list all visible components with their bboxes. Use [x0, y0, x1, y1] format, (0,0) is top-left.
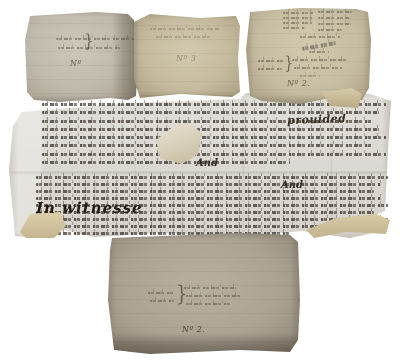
endorsement-line — [292, 59, 348, 61]
endorsement-line — [184, 287, 236, 289]
handwriting-line — [36, 176, 388, 179]
brace-mark: } — [84, 33, 94, 51]
endorsement-line — [186, 303, 230, 305]
folded-packet-top-left: } Nº — [24, 10, 140, 104]
engrossed-word-and-lower: And — [281, 181, 303, 191]
note-scribbles-left — [283, 12, 313, 32]
photo-of-vellum-documents: prouided And And In witnesse } Nº Nº 3 }… — [0, 0, 400, 363]
endorsement-line — [258, 60, 284, 62]
endorsement-line — [56, 38, 134, 40]
engrossed-word-provided: prouided — [287, 113, 347, 126]
endorsement-line — [300, 75, 320, 77]
endorsement-line — [150, 28, 220, 30]
handwriting-line — [318, 23, 351, 25]
endorsement-line — [258, 68, 282, 70]
folded-packet-top-middle: Nº 3 — [132, 12, 242, 100]
handwriting-line — [283, 27, 305, 29]
handwriting-line — [318, 17, 351, 19]
docket-number: Nº 3 — [176, 55, 196, 63]
handwriting-line — [42, 153, 386, 156]
fold-creases — [24, 10, 140, 104]
handwriting-line — [36, 190, 374, 193]
folded-packet-bottom: } Nº 2. — [106, 230, 304, 358]
docket-number: Nº 2. — [182, 326, 205, 334]
engrossed-word-in-witnesse: In witnesse — [36, 201, 143, 216]
endorsement-line — [156, 36, 210, 38]
handwriting-line — [42, 161, 290, 164]
handwriting-line — [42, 144, 372, 147]
endorsement-line — [186, 295, 242, 297]
endorsement-line — [294, 67, 342, 69]
docket-number: Nº — [70, 60, 82, 68]
handwriting-line — [318, 11, 352, 13]
handwriting-line — [318, 29, 342, 31]
endorsement-line — [150, 300, 174, 302]
handwriting-line — [36, 183, 381, 186]
docket-number: Nº 2. — [287, 80, 310, 88]
engrossed-word-and-upper: And — [196, 159, 218, 169]
flourish — [309, 51, 329, 53]
note-scribbles-right — [318, 11, 352, 35]
handwriting-line — [42, 136, 386, 139]
endorsement-line — [148, 292, 174, 294]
handwriting-line — [42, 128, 379, 131]
